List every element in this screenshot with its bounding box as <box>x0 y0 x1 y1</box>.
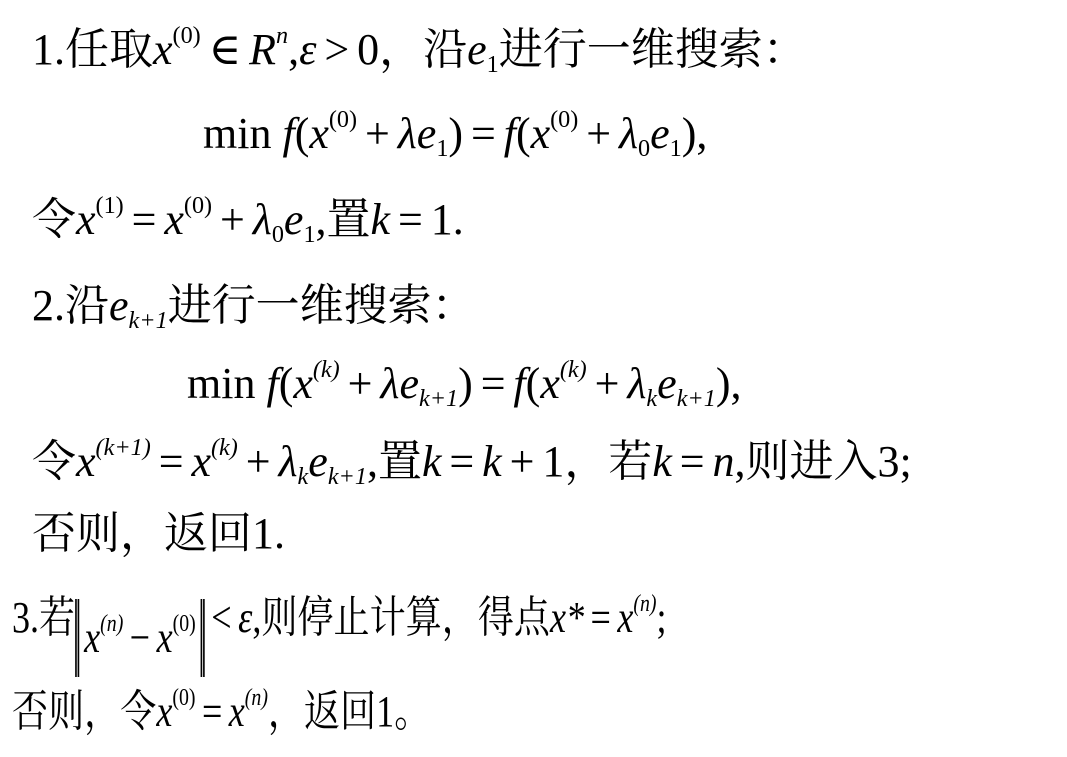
step1-formula: min f(x(0)+λe1)=f(x(0)+λ0e1), <box>203 112 707 156</box>
paren: ( <box>295 109 310 158</box>
var-epsilon: ε <box>238 593 252 642</box>
var-x: x <box>84 613 100 662</box>
step2-otherwise: 否则，返回1. <box>32 512 285 556</box>
var-x: x <box>156 687 172 736</box>
var-x: x <box>229 687 245 736</box>
var-x-star: x* <box>550 593 584 642</box>
subscript: 1 <box>303 221 315 248</box>
plus: + <box>340 359 381 408</box>
var-lambda: λ <box>253 195 272 244</box>
step3-otherwise-wrap: 否则，令x(0)=x(n)，返回1。 <box>12 690 430 734</box>
var-e: e <box>467 25 487 74</box>
otherwise-let-text: 否则，令 <box>12 687 156 736</box>
var-k: k <box>422 437 442 486</box>
subscript: k <box>646 385 657 412</box>
var-e: e <box>109 281 129 330</box>
subscript: 0 <box>272 221 284 248</box>
comma: , <box>288 25 299 74</box>
superscript: (n) <box>245 684 268 711</box>
one: 1. <box>431 195 464 244</box>
subscript: k+1 <box>419 385 458 412</box>
var-R: R <box>249 25 276 74</box>
var-lambda: λ <box>627 359 646 408</box>
superscript: (0) <box>329 106 357 133</box>
comma: , <box>696 109 707 158</box>
stop-text: 则停止计算，得点 <box>261 593 550 642</box>
comma: , <box>316 195 327 244</box>
superscript: (k) <box>560 356 587 383</box>
subscript: 1 <box>436 135 448 162</box>
step3-otherwise: 否则，令x(0)=x(n)，返回1。 <box>12 690 522 734</box>
var-e: e <box>657 359 677 408</box>
less-than: < <box>205 593 238 642</box>
superscript: (n) <box>100 610 123 637</box>
var-lambda: λ <box>398 109 417 158</box>
equals: = <box>442 437 483 486</box>
equals: = <box>584 593 617 642</box>
var-k: k <box>652 437 672 486</box>
equals: = <box>195 687 228 736</box>
step2-number: 2. <box>32 281 65 330</box>
element-of-symbol: ∈ <box>201 25 249 74</box>
var-e: e <box>308 437 328 486</box>
var-k: k <box>482 437 502 486</box>
paren: ) <box>458 359 473 408</box>
step2-formula: min f(x(k)+λek+1)=f(x(k)+λkek+1), <box>187 362 742 406</box>
var-lambda: λ <box>278 437 297 486</box>
var-x: x <box>76 437 96 486</box>
superscript: (0) <box>173 22 201 49</box>
paren: ) <box>716 359 731 408</box>
plus: + <box>587 359 628 408</box>
return-text: ，返回1。 <box>268 687 430 736</box>
var-f: f <box>513 359 525 408</box>
equals: = <box>124 195 165 244</box>
var-n: n <box>712 437 734 486</box>
var-x: x <box>293 359 313 408</box>
superscript: (0) <box>550 106 578 133</box>
cn-comma: ， <box>564 437 608 486</box>
comma: , <box>367 437 378 486</box>
zero: 0 <box>357 25 379 74</box>
step1-intro: 任取 <box>65 25 153 74</box>
comma: , <box>731 359 742 408</box>
var-e: e <box>650 109 670 158</box>
norm-bars: x(n)−x(0) <box>75 599 205 677</box>
superscript: n <box>276 22 288 49</box>
superscript: (n) <box>633 590 656 617</box>
step1-assign: 令x(1)=x(0)+λ0e1,置k=1. <box>32 198 464 242</box>
set-text: 置 <box>378 437 422 486</box>
step2-line: 2.沿ek+1进行一维搜索： <box>32 284 476 328</box>
var-x: x <box>617 593 633 642</box>
paren: ) <box>682 109 697 158</box>
var-x: x <box>157 613 173 662</box>
equals: = <box>463 109 504 158</box>
if-text: 若 <box>39 593 75 642</box>
var-f: f <box>504 109 516 158</box>
minus: − <box>123 613 156 662</box>
step3-line: 3.若x(n)−x(0)<ε,则停止计算，得点x*=x(n); <box>12 596 810 677</box>
equals: = <box>672 437 713 486</box>
subscript: 1 <box>670 135 682 162</box>
set-text: 置 <box>327 195 371 244</box>
superscript: (1) <box>96 192 124 219</box>
if-text: 若 <box>608 437 652 486</box>
greater-than: > <box>316 25 357 74</box>
step2-assign: 令x(k+1)=x(k)+λkek+1,置k=k+1，若k=n,则进入3; <box>32 440 912 484</box>
along-text: 沿 <box>65 281 109 330</box>
var-lambda: λ <box>619 109 638 158</box>
equals: = <box>473 359 514 408</box>
paren: ) <box>448 109 463 158</box>
subscript: k+1 <box>328 463 367 490</box>
plus: + <box>578 109 619 158</box>
subscript: k+1 <box>677 385 716 412</box>
var-f: f <box>266 359 278 408</box>
var-x: x <box>540 359 560 408</box>
var-e: e <box>417 109 437 158</box>
let-text: 令 <box>32 437 76 486</box>
step1-number: 1. <box>32 25 65 74</box>
subscript: 0 <box>638 135 650 162</box>
min-op: min <box>203 109 271 158</box>
paren: ( <box>279 359 294 408</box>
superscript: (k+1) <box>96 434 151 461</box>
var-x: x <box>191 437 211 486</box>
var-epsilon: ε <box>299 25 316 74</box>
comma: , <box>734 437 745 486</box>
var-x: x <box>76 195 96 244</box>
search-text: 进行一维搜索： <box>168 281 476 330</box>
paren: ( <box>516 109 531 158</box>
plus: + <box>238 437 279 486</box>
plus: + <box>357 109 398 158</box>
step3-narrow-wrap: 3.若x(n)−x(0)<ε,则停止计算，得点x*=x(n); <box>12 596 667 677</box>
var-f: f <box>282 109 294 158</box>
along-text: 沿 <box>423 25 467 74</box>
superscript: (k) <box>313 356 340 383</box>
var-x: x <box>153 25 173 74</box>
otherwise-text: 否则，返回1. <box>32 509 285 558</box>
then-text: 则进入3; <box>745 437 911 486</box>
var-x: x <box>531 109 551 158</box>
var-lambda: λ <box>380 359 399 408</box>
var-e: e <box>284 195 304 244</box>
let-text: 令 <box>32 195 76 244</box>
step1-line: 1.任取x(0)∈Rn,ε>0，沿e1进行一维搜索： <box>32 28 807 72</box>
subscript: k+1 <box>129 307 168 334</box>
superscript: (0) <box>184 192 212 219</box>
plus: + <box>212 195 253 244</box>
one: 1 <box>542 437 564 486</box>
subscript: 1 <box>487 51 499 78</box>
var-x: x <box>309 109 329 158</box>
subscript: k <box>298 463 309 490</box>
paren: ( <box>526 359 541 408</box>
cn-comma: ， <box>379 25 423 74</box>
superscript: (k) <box>211 434 238 461</box>
var-e: e <box>399 359 419 408</box>
step3-number: 3. <box>12 593 39 642</box>
plus: + <box>502 437 543 486</box>
search-text: 进行一维搜索： <box>499 25 807 74</box>
equals: = <box>151 437 192 486</box>
semicolon: ; <box>657 593 667 642</box>
equals: = <box>390 195 431 244</box>
comma: , <box>252 593 261 642</box>
superscript: (0) <box>173 610 196 637</box>
superscript: (0) <box>172 684 195 711</box>
var-x: x <box>164 195 184 244</box>
var-k: k <box>371 195 391 244</box>
min-op: min <box>187 359 255 408</box>
